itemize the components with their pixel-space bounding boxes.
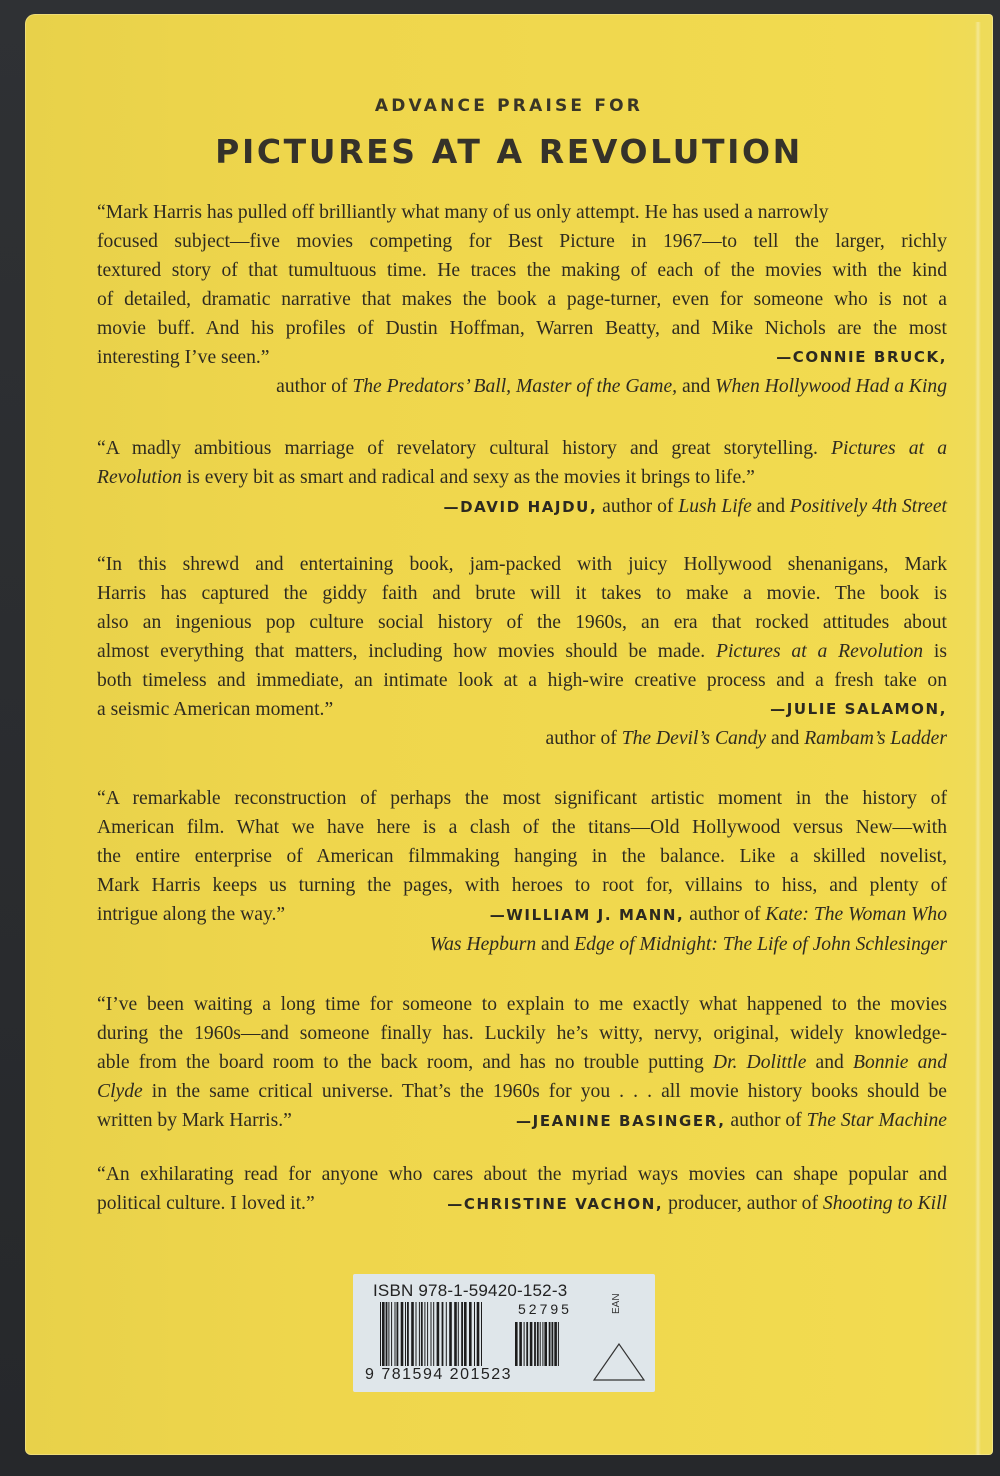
blurb-david-hajdu: “A madly ambitious marriage of revelator… <box>97 434 947 522</box>
work-title: Lush Life <box>678 496 752 517</box>
blurb-line: of detailed, dramatic narrative that mak… <box>97 285 947 314</box>
text: “A madly ambitious marriage of revelator… <box>97 438 831 459</box>
work-title: The Predators’ Ball, Master of the Game, <box>352 376 677 397</box>
blurb-author-credit: —DAVID HAJDU, author of Lush Life and Po… <box>97 492 947 522</box>
work-title: Positively 4th Street <box>790 496 947 517</box>
blurb-final-row: written by Mark Harris.” —JEANINE BASING… <box>97 1106 947 1136</box>
blurb-line: “A remarkable reconstruction of perhaps … <box>97 784 947 813</box>
isbn-number: ISBN 978-1-59420-152-3 <box>373 1281 567 1301</box>
credit-join: and <box>536 934 574 955</box>
blurb-line: Harris has captured the giddy faith and … <box>97 579 947 608</box>
work-title: Shooting to Kill <box>823 1193 947 1214</box>
blurb-line: written by Mark Harris.” <box>97 1106 292 1136</box>
book-title-ref: Revolution <box>97 467 182 488</box>
blurb-final-row: a seismic American moment.” —JULIE SALAM… <box>97 695 947 724</box>
credit-prefix: author of <box>597 496 678 517</box>
work-title: The Devil’s Candy <box>622 728 766 749</box>
book-title: PICTURES AT A REVOLUTION <box>25 132 993 171</box>
credit-join: and <box>752 496 790 517</box>
blurb-william-mann: “A remarkable reconstruction of perhaps … <box>97 784 947 959</box>
blurb-connie-bruck: “Mark Harris has pulled off brilliantly … <box>97 198 947 401</box>
credit-join: and <box>766 728 804 749</box>
blurb-line: Revolution is every bit as smart and rad… <box>97 463 947 492</box>
blurb-line: Mark Harris keeps us turning the pages, … <box>97 871 947 900</box>
blurb-line: able from the board room to the back roo… <box>97 1048 947 1077</box>
blurb-julie-salamon: “In this shrewd and entertaining book, j… <box>97 550 947 753</box>
section-kicker: ADVANCE PRAISE FOR <box>25 96 993 116</box>
blurb-final-row: intrigue along the way.” —WILLIAM J. MAN… <box>97 900 947 930</box>
blurb-line: Clyde in the same critical universe. Tha… <box>97 1077 947 1106</box>
blurb-author-credit: —JEANINE BASINGER, author of The Star Ma… <box>516 1106 947 1136</box>
blurb-christine-vachon: “An exhilarating read for anyone who car… <box>97 1160 947 1219</box>
text: in the same critical universe. That’s th… <box>143 1081 947 1102</box>
blurb-author-credit: —CHRISTINE VACHON, producer, author of S… <box>447 1189 947 1219</box>
blurb-author-name: —JEANINE BASINGER, <box>516 1112 725 1130</box>
blurb-line: “An exhilarating read for anyone who car… <box>97 1160 947 1189</box>
blurb-author-name: —CHRISTINE VACHON, <box>447 1195 663 1213</box>
blurb-author-name: —WILLIAM J. MANN, <box>490 906 685 924</box>
blurb-final-row: political culture. I loved it.” —CHRISTI… <box>97 1189 947 1219</box>
blurb-line: “Mark Harris has pulled off brilliantly … <box>97 198 947 227</box>
work-title: Rambam’s Ladder <box>804 728 947 749</box>
price-addon-code: 52795 <box>518 1301 572 1317</box>
blurb-line: almost everything that matters, includin… <box>97 637 947 666</box>
film-title-ref: Clyde <box>97 1081 143 1102</box>
credit-prefix: producer, author of <box>663 1193 823 1214</box>
book-title-ref: Pictures at a <box>831 438 947 459</box>
blurb-line: both timeless and immediate, an intimate… <box>97 666 947 695</box>
credit-prefix: author of <box>726 1110 807 1131</box>
blurb-author-credit: author of The Predators’ Ball, Master of… <box>97 372 947 401</box>
text: is every bit as smart and radical and se… <box>182 467 755 488</box>
book-title-ref: Pictures at a Revolution <box>716 641 923 662</box>
blurb-line: textured story of that tumultuous time. … <box>97 256 947 285</box>
film-title-ref: Dr. Dolittle <box>713 1052 807 1073</box>
blurb-line: “A madly ambitious marriage of revelator… <box>97 434 947 463</box>
ean-digits: 9 781594 201523 <box>365 1366 512 1384</box>
blurb-final-row: interesting I’ve seen.” —CONNIE BRUCK, <box>97 343 947 372</box>
blurb-line: intrigue along the way.” <box>97 900 285 930</box>
ean-triangle-icon <box>589 1304 649 1384</box>
credit-join: and <box>677 376 715 397</box>
blurb-author-credit: author of The Devil’s Candy and Rambam’s… <box>97 724 947 753</box>
addon-barcode-icon <box>515 1322 567 1380</box>
blurb-author-name: —CONNIE BRUCK, <box>776 343 947 372</box>
work-title: When Hollywood Had a King <box>715 376 947 397</box>
isbn-barcode-label: ISBN 978-1-59420-152-3 9 781594 201523 5… <box>353 1274 655 1392</box>
blurb-jeanine-basinger: “I’ve been waiting a long time for someo… <box>97 990 947 1136</box>
text: and <box>806 1052 853 1073</box>
blurb-line: American film. What we have here is a cl… <box>97 813 947 842</box>
blurb-line: focused subject—five movies competing fo… <box>97 227 947 256</box>
text: is <box>923 641 947 662</box>
blurb-line: the entire enterprise of American filmma… <box>97 842 947 871</box>
credit-prefix: author of <box>276 376 352 397</box>
work-title: Edge of Midnight: The Life of John Schle… <box>574 934 947 955</box>
credit-prefix: author of <box>546 728 622 749</box>
blurb-line: “I’ve been waiting a long time for someo… <box>97 990 947 1019</box>
work-title: The Star Machine <box>807 1110 947 1131</box>
blurb-line: “In this shrewd and entertaining book, j… <box>97 550 947 579</box>
blurb-line: interesting I’ve seen.” <box>97 343 269 372</box>
text: almost everything that matters, includin… <box>97 641 716 662</box>
blurb-line: movie buff. And his profiles of Dustin H… <box>97 314 947 343</box>
blurb-author-name: —JULIE SALAMON, <box>770 695 947 724</box>
ean-mark-text: EAN <box>611 1293 622 1314</box>
blurb-author-name: —DAVID HAJDU, <box>443 498 597 516</box>
blurb-author-credit-cont: Was Hepburn and Edge of Midnight: The Li… <box>97 930 947 959</box>
film-title-ref: Bonnie and <box>853 1052 947 1073</box>
credit-prefix: author of <box>684 904 765 925</box>
blurb-line: during the 1960s—and someone finally has… <box>97 1019 947 1048</box>
blurb-line: a seismic American moment.” <box>97 695 333 724</box>
work-title: Kate: The Woman Who <box>765 904 947 925</box>
work-title: Was Hepburn <box>430 934 537 955</box>
blurb-line: also an ingenious pop culture social his… <box>97 608 947 637</box>
book-back-cover: ADVANCE PRAISE FOR PICTURES AT A REVOLUT… <box>25 14 993 1455</box>
text: able from the board room to the back roo… <box>97 1052 713 1073</box>
blurb-line: political culture. I loved it.” <box>97 1189 315 1219</box>
blurb-author-credit: —WILLIAM J. MANN, author of Kate: The Wo… <box>490 900 947 930</box>
